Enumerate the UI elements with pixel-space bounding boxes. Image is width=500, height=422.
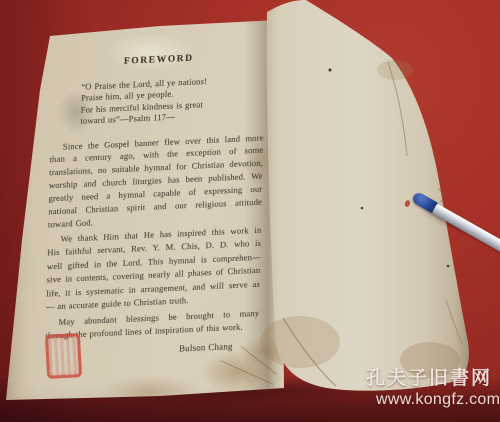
kongfz-watermark: 孔夫子旧書网 www.kongfz.com [366,369,500,408]
watermark-site-url: www.kongfz.com [376,392,500,408]
book-photo: FOREWORD “O Praise the Lord, all ye nati… [0,0,500,422]
watermark-site-name: 孔夫子旧書网 [366,369,500,388]
